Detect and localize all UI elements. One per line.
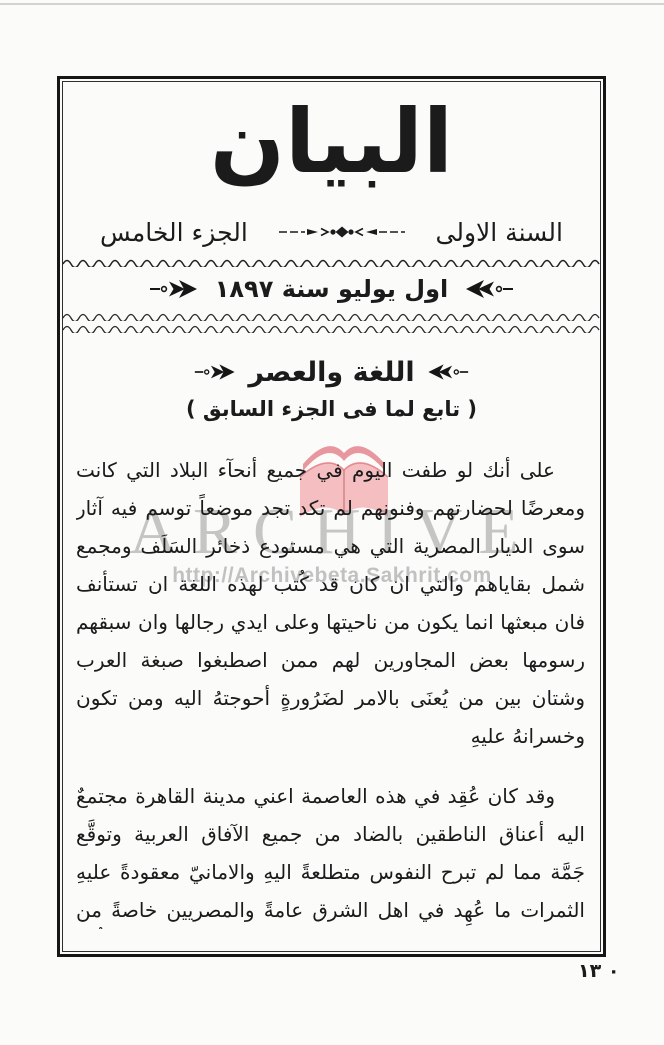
text-line: ومعرضًا لحضارتهم وفنونهم لم تكد تجد موضع… (76, 489, 585, 527)
scanned-magazine-page: ARCHIVE http://Archivebeta.Sakhrit.com ا… (0, 0, 664, 1045)
wavy-rule-icon (62, 323, 602, 333)
issue-meta-row: السنة الاولى الجزء الخامس (60, 213, 603, 251)
text-line: الثمرات ما عُهِد في اهل الشرق عامةً والم… (76, 891, 585, 929)
text-line: وقد كان عُقِد في هذه العاصمة اعني مدينة … (76, 777, 585, 815)
paragraph-2: وقد كان عُقِد في هذه العاصمة اعني مدينة … (76, 777, 585, 929)
text-line: سوى الديار المصرية التي هي مستودع ذخائر … (76, 527, 585, 565)
bird-flourish-icon (425, 361, 469, 383)
section-heading-row: اللغة والعصر (60, 351, 603, 393)
page-frame: البيان السنة الاولى (57, 76, 606, 957)
text-line: فان مبعثها انما يكون من ناحيتها وعلى ايد… (76, 603, 585, 641)
page-content: البيان السنة الاولى (60, 79, 603, 954)
scan-edge-line (0, 3, 664, 5)
issue-date: اول يوليو سنة ١٨٩٧ (215, 275, 449, 303)
issue-date-row: اول يوليو سنة ١٨٩٧ (60, 269, 603, 309)
paragraph-1: على أنك لو طفت اليوم في جميع أنحآء البلا… (76, 451, 585, 755)
part-label: الجزء الخامس (100, 218, 248, 247)
text-line: على أنك لو طفت اليوم في جميع أنحآء البلا… (76, 451, 585, 489)
page-number: ٠ ١٣ (578, 960, 628, 982)
text-line: جَمَّة مما لم تبرح النفوس متطلعةً اليهِ … (76, 853, 585, 891)
text-line: وخسرانهُ عليهِ (76, 717, 585, 755)
year-label: السنة الاولى (436, 218, 564, 247)
section-title: اللغة والعصر (248, 357, 414, 388)
bird-flourish-icon (149, 277, 201, 301)
arrow-diamond-divider-icon (277, 224, 407, 240)
text-line: شمل بقاياهم والتي ان كان قد كُتب لهذه ال… (76, 565, 585, 603)
text-line: رسومها بعض المجاورين لهم ممن اصطبغوا صبغ… (76, 641, 585, 679)
bird-flourish-icon (462, 277, 514, 301)
magazine-title: البيان (60, 87, 603, 197)
wavy-rule-icon (62, 257, 602, 267)
text-line: اليه أعناق الناطقين بالضاد من جميع الآفا… (76, 815, 585, 853)
bird-flourish-icon (194, 361, 238, 383)
wavy-rule-icon (62, 311, 602, 321)
text-line: وشتان بين من يُعنَى بالامر لضَرُورةٍ أحو… (76, 679, 585, 717)
section-subtitle: ( تابع لما فى الجزء السابق ) (60, 397, 603, 421)
